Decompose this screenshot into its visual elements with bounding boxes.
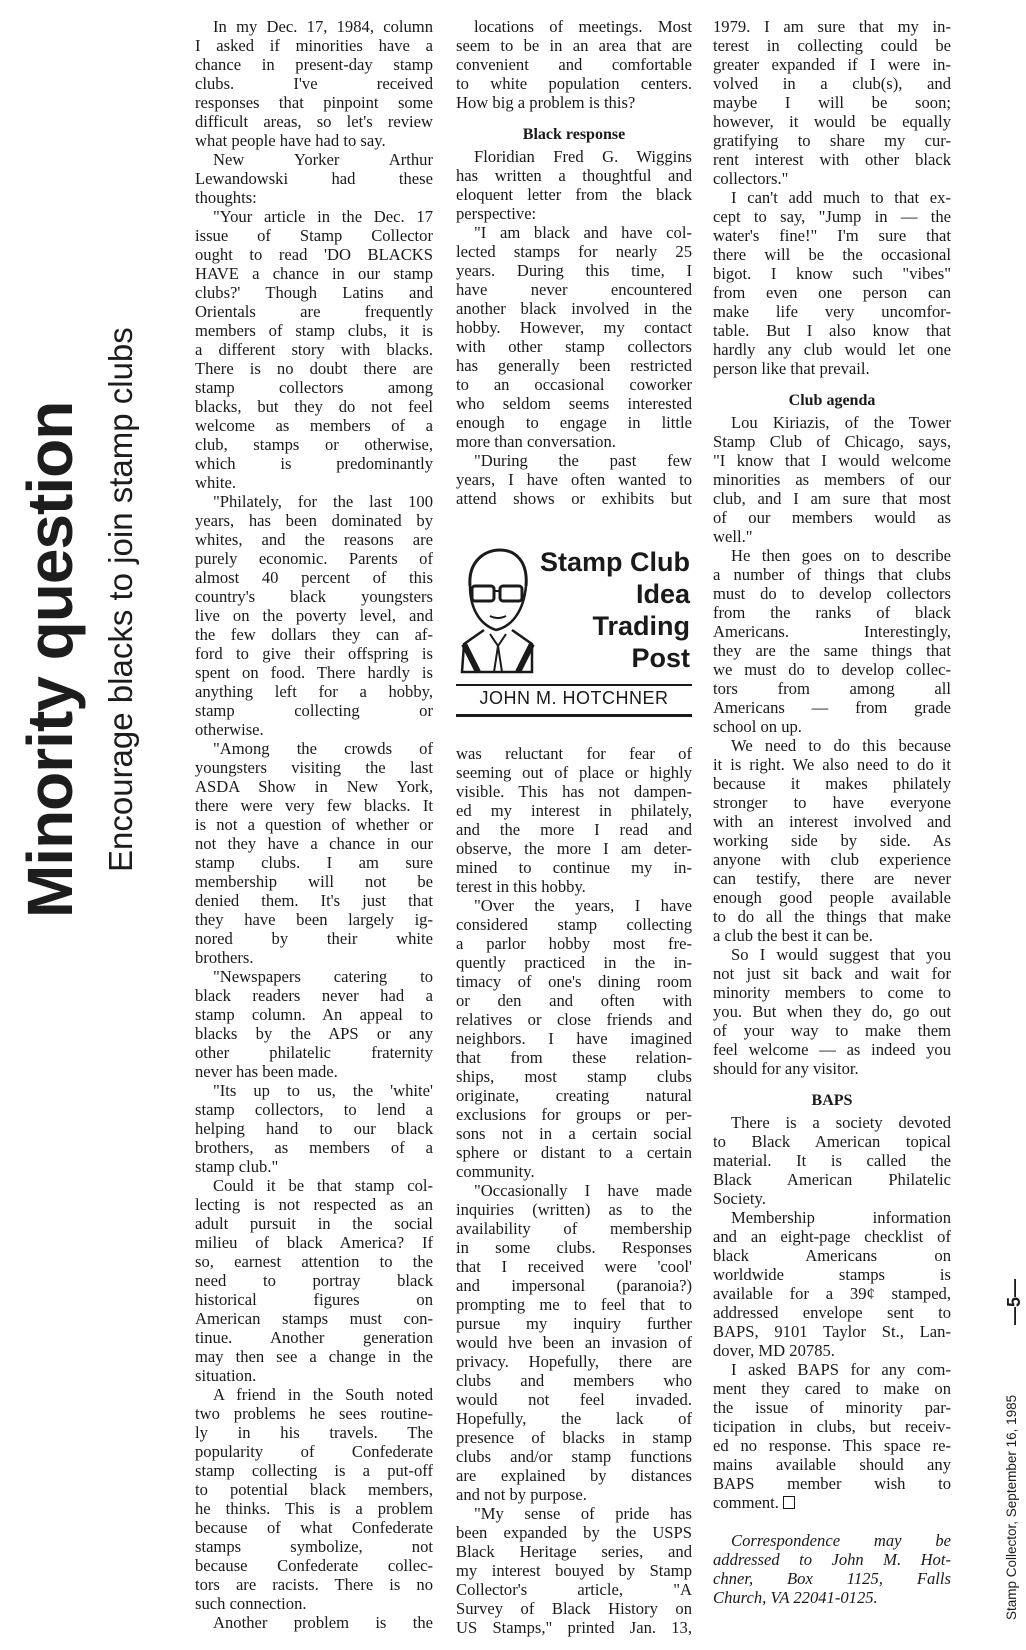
text-line: never has been made. [195,1062,433,1081]
text-line: of our members would as [713,508,951,527]
text-line: we must do to develop collec- [713,660,951,679]
text-line: chner, Box 1125, Falls [713,1569,951,1588]
text-line: difficult areas, so let's review [195,112,433,131]
text-line: because Confederate collec- [195,1556,433,1575]
text-line: club, stamps or otherwise, [195,435,433,454]
text-line: locations of meetings. Most [456,17,692,36]
text-line: Survey of Black History on [456,1599,692,1618]
text-line: whites, and the reasons are [195,530,433,549]
text-line: membership will not be [195,872,433,891]
text-line: chance in present-day stamp [195,55,433,74]
text-line: Stamp Club of Chicago, says, [713,432,951,451]
text-line: A friend in the South noted [195,1385,433,1404]
text-line: spent on food. There hardly is [195,663,433,682]
text-line: "Among the crowds of [195,739,433,758]
text-line: stamp collectors, to lend a [195,1100,433,1119]
text-line: stamp column. An appeal to [195,1005,433,1024]
text-line: American stamps must con- [195,1309,433,1328]
text-line: He then goes on to describe [713,546,951,565]
author-portrait-icon [456,546,538,678]
text-line: "Your article in the Dec. 17 [195,207,433,226]
text-line: stamps symbolize, not [195,1537,433,1556]
text-line: lecting is not respected as an [195,1195,433,1214]
text-line: We need to do this because [713,736,951,755]
text-line: stamp clubs. I am sure [195,853,433,872]
text-line: Membership information [713,1208,951,1227]
text-line: presence of blacks in stamp [456,1428,692,1447]
text-line: enough to engage in little [456,413,692,432]
text-line: with other stamp collectors [456,337,692,356]
text-line: I asked if minorities have a [195,36,433,55]
text-line: mined to continue my in- [456,858,692,877]
text-line: which is predominantly [195,454,433,473]
text-line: blacks, but they do not feel [195,397,433,416]
text-line: blacks by the APS or any [195,1024,433,1043]
text-line: feel welcome — as indeed you [713,1040,951,1059]
text-line: years. During this time, I [456,261,692,280]
text-line: bigot. I know such "vibes" [713,264,951,283]
text-line: HAVE a chance in our stamp [195,264,433,283]
text-line: observe, the more I am deter- [456,839,692,858]
text-line: to an occasional coworker [456,375,692,394]
text-line: collectors." [713,169,951,188]
text-line: water's fine!" I'm sure that [713,226,951,245]
text-line: issue of Stamp Collector [195,226,433,245]
text-line: school on up. [713,717,951,736]
text-line: white. [195,473,433,492]
col3-top-text: 1979. I am sure that my in-terest in col… [713,17,951,378]
text-line: tors are racists. There is no [195,1575,433,1594]
text-line: of your way to make them [713,1021,951,1040]
col2-top-text: locations of meetings. Mostseem to be in… [456,17,692,112]
text-line: make life very uncomfor- [713,302,951,321]
text-line: responses that pinpoint some [195,93,433,112]
text-line: How big a problem is this? [456,93,692,112]
text-line: and impersonal (paranoia?) [456,1276,692,1295]
text-line: convenient and comfortable [456,55,692,74]
text-line: brothers. [195,948,433,967]
text-line: "Occasionally I have made [456,1181,692,1200]
article-column-3: 1979. I am sure that my in-terest in col… [713,17,951,1607]
text-line: Lou Kiriazis, of the Tower [713,413,951,432]
text-line: other philatelic fraternity [195,1043,433,1062]
text-line: ticipation in clubs, but receiv- [713,1417,951,1436]
text-line: There is a society devoted [713,1113,951,1132]
text-line: clubs and members who [456,1371,692,1390]
publication-folio: Stamp Collector, September 16, 1985 [1004,1395,1019,1620]
text-line: Church, VA 22041-0125. [713,1588,951,1607]
text-line: it is right. We also need to do it [713,755,951,774]
text-line: a number of things that clubs [713,565,951,584]
text-line: would not feel invaded. [456,1390,692,1409]
headline-subtitle: Encourage blacks to join stamp clubs [104,327,137,872]
text-line: can testify, there are never [713,869,951,888]
text-line: country's black youngsters [195,587,433,606]
text-line: nored by their white [195,929,433,948]
text-line: available for a 39¢ stamped, [713,1284,951,1303]
text-line: "Its up to us, the 'white' [195,1081,433,1100]
text-line: stamp collecting is a put-off [195,1461,433,1480]
text-line: sons not in a certain social [456,1124,692,1143]
text-line: volved in a club(s), and [713,74,951,93]
text-line: or den and often with [456,991,692,1010]
text-line: seem to be in an area that are [456,36,692,55]
text-line: eloquent letter from the black [456,185,692,204]
text-line: would hve been an invasion of [456,1333,692,1352]
text-line: worldwide stamps is [713,1265,951,1284]
text-line: a parlor hobby most fre- [456,934,692,953]
text-line: thoughts: [195,188,433,207]
text-line: availability of membership [456,1219,692,1238]
text-line: quently practiced in the in- [456,953,692,972]
page-number: —5— [1004,1279,1025,1325]
text-line: popularity of Confederate [195,1442,433,1461]
text-line: the issue of minority par- [713,1398,951,1417]
headline-title: Minority question [18,402,82,918]
text-line: tors from among all [713,679,951,698]
text-line: exclusions for groups or per- [456,1105,692,1124]
byline: JOHN M. HOTCHNER [456,689,692,708]
text-line: more than conversation. [456,432,692,451]
subhead-club-agenda: Club agenda [713,391,951,410]
text-line: and not by purpose. [456,1485,692,1504]
text-line: originate, creating natural [456,1086,692,1105]
text-line: and an eight-page checklist of [713,1227,951,1246]
logo-line: Trading [540,610,690,642]
text-line: clubs?' Though Latins and [195,283,433,302]
text-line: stamp collecting or [195,701,433,720]
text-line: they have been largely ig- [195,910,433,929]
text-line: helping hand to our black [195,1119,433,1138]
text-line: a club the best it can be. [713,926,951,945]
text-line: that I received were 'cool' [456,1257,692,1276]
text-line: ought to read 'DO BLACKS [195,245,433,264]
text-line: have never encountered [456,280,692,299]
text-line: US Stamps," printed Jan. 13, [456,1618,692,1637]
text-line: In my Dec. 17, 1984, column [195,17,433,36]
text-line: cept to say, "Jump in — the [713,207,951,226]
column-logo-title: Stamp Club Idea Trading Post [540,546,690,674]
text-line: "I know that I would welcome [713,451,951,470]
text-line: not they have a chance in our [195,834,433,853]
text-line: considered stamp collecting [456,915,692,934]
text-line: addressed envelope sent to [713,1303,951,1322]
text-line: Black Heritage series, and [456,1542,692,1561]
correspondence-note: Correspondence may beaddressed to John M… [713,1531,951,1607]
text-line: So I would suggest that you [713,945,951,964]
text-line: Hopefully, the lack of [456,1409,692,1428]
text-line: Floridian Fred G. Wiggins [456,147,692,166]
text-line: members of stamp clubs, it is [195,321,433,340]
text-line: mains available should any [713,1455,951,1474]
text-line: ed my interest in philately, [456,801,692,820]
text-line: situation. [195,1366,433,1385]
headline-block: Minority question Encourage blacks to jo… [0,0,180,1650]
text-line: well." [713,527,951,546]
text-line: clubs and/or stamp functions [456,1447,692,1466]
text-line: such connection. [195,1594,433,1613]
text-line: seeming out of place or highly [456,763,692,782]
text-line: inquiries (written) as to the [456,1200,692,1219]
text-line: I asked BAPS for any com- [713,1360,951,1379]
text-line: terest in this hobby. [456,877,692,896]
text-line: purely economic. Parents of [195,549,433,568]
text-line: enough good people available [713,888,951,907]
text-line: table. But I also know that [713,321,951,340]
text-line: because of what Confederate [195,1518,433,1537]
text-line: visible. This has not dampen- [456,782,692,801]
text-line: 1979. I am sure that my in- [713,17,951,36]
subhead-baps: BAPS [713,1091,951,1110]
text-line: to white population centers. [456,74,692,93]
text-line: minority members to come to [713,983,951,1002]
text-line: brothers, as members of a [195,1138,433,1157]
text-line: may then see a change in the [195,1347,433,1366]
text-line: need to portray black [195,1271,433,1290]
text-line: years, has been dominated by [195,511,433,530]
text-line: and the more I read and [456,820,692,839]
text-line: has generally been restricted [456,356,692,375]
text-line: perspective: [456,204,692,223]
text-line: in some clubs. Responses [456,1238,692,1257]
text-line: denied them. It's just that [195,891,433,910]
text-line: milieu of black America? If [195,1233,433,1252]
text-line: anyone with club experience [713,850,951,869]
text-line: ly in his travels. The [195,1423,433,1442]
text-line: "Newspapers catering to [195,967,433,986]
text-line: you. But when they do, go out [713,1002,951,1021]
divider [456,714,692,717]
logo-line: Idea [540,578,690,610]
text-line: hobby. However, my contact [456,318,692,337]
col2-mid-text: Floridian Fred G. Wigginshas written a t… [456,147,692,508]
text-line: person like that prevail. [713,359,951,378]
text-line: should for any visitor. [713,1059,951,1078]
text-line: anything left for a hobby, [195,682,433,701]
text-line: my interest bouyed by Stamp [456,1561,692,1580]
text-line: historical figures on [195,1290,433,1309]
text-line: almost 40 percent of this [195,568,433,587]
text-line: dover, MD 20785. [713,1341,951,1360]
divider [456,684,692,686]
text-line: two problems he sees routine- [195,1404,433,1423]
text-line: to do all the things that make [713,907,951,926]
text-line: BAPS, 9101 Taylor St., Lan- [713,1322,951,1341]
end-of-story-icon [783,1496,795,1509]
text-line: who seldom seems interested [456,394,692,413]
text-line: gratifying to share my cur- [713,131,951,150]
text-line: prompting me to feel that to [456,1295,692,1314]
text-line: because it makes philately [713,774,951,793]
text-line: rent interest with other black [713,150,951,169]
text-line: black readers never had a [195,986,433,1005]
text-line: Another problem is the [195,1613,433,1632]
text-line: stronger to have everyone [713,793,951,812]
text-line: there were very few blacks. It [195,796,433,815]
text-line: tinue. Another generation [195,1328,433,1347]
text-line: Americans — from grade [713,698,951,717]
text-line: ment they cared to make on [713,1379,951,1398]
text-line: the few dollars they can af- [195,625,433,644]
text-line: pursue my inquiry further [456,1314,692,1333]
text-line: club, and I am sure that most [713,489,951,508]
text-line: minorities as members of our [713,470,951,489]
text-line: with an interest involved and [713,812,951,831]
text-line: comment. [713,1493,951,1512]
text-line: New Yorker Arthur [195,150,433,169]
text-line: are explained by distances [456,1466,692,1485]
text-line: community. [456,1162,692,1181]
text-line: from the ranks of black [713,603,951,622]
text-line: Orientals are frequently [195,302,433,321]
col2-bottom-text: was reluctant for fear ofseeming out of … [456,744,692,1637]
text-line: "Philately, for the last 100 [195,492,433,511]
text-line: timacy of one's dining room [456,972,692,991]
text-line: "During the past few [456,451,692,470]
text-line: he thinks. This is a problem [195,1499,433,1518]
logo-line: Post [540,642,690,674]
text-line: black Americans on [713,1246,951,1265]
text-line: they are the same things that [713,641,951,660]
text-line: otherwise. [195,720,433,739]
article-column-1: In my Dec. 17, 1984, columnI asked if mi… [195,17,433,1632]
subhead-black-response: Black response [456,125,692,144]
logo-line: Stamp Club [540,546,690,578]
spacer [713,1512,951,1531]
text-line: however, it would be equally [713,112,951,131]
text-line: was reluctant for fear of [456,744,692,763]
text-line: clubs. I've received [195,74,433,93]
text-line: "My sense of pride has [456,1504,692,1523]
text-line: terest in collecting could be [713,36,951,55]
text-line: addressed to John M. Hot- [713,1550,951,1569]
text-line: There is no doubt there are [195,359,433,378]
text-line: adult pursuit in the social [195,1214,433,1233]
text-line: ford to give their offspring is [195,644,433,663]
text-line: attend shows or exhibits but [456,489,692,508]
text-line: ships, most stamp clubs [456,1067,692,1086]
text-line: Collector's article, "A [456,1580,692,1599]
text-line: to potential black members, [195,1480,433,1499]
text-line: stamp club." [195,1157,433,1176]
text-line: I can't add much to that ex- [713,188,951,207]
text-line: Correspondence may be [713,1531,951,1550]
text-line: Americans. Interestingly, [713,622,951,641]
text-line: has written a thoughtful and [456,166,692,185]
text-line: BAPS member wish to [713,1474,951,1493]
col3-mid-text: Lou Kiriazis, of the TowerStamp Club of … [713,413,951,1078]
text-line: live on the poverty level, and [195,606,433,625]
text-line: material. It is called the [713,1151,951,1170]
text-line: Could it be that stamp col- [195,1176,433,1195]
text-line: lected stamps for nearly 25 [456,242,692,261]
text-line: what people have had to say. [195,131,433,150]
text-line: welcome as members of a [195,416,433,435]
text-line: ASDA Show in New York, [195,777,433,796]
text-line: Society. [713,1189,951,1208]
text-line: years, I have often wanted to [456,470,692,489]
text-line: neighbors. I have imagined [456,1029,692,1048]
text-line: maybe I will be soon; [713,93,951,112]
text-line: so, earnest attention to the [195,1252,433,1271]
text-line: "Over the years, I have [456,896,692,915]
text-line: to Black American topical [713,1132,951,1151]
text-line: greater expanded if I were in- [713,55,951,74]
text-line: that from these relation- [456,1048,692,1067]
text-line: "I am black and have col- [456,223,692,242]
text-line: another black involved in the [456,299,692,318]
article-column-2: locations of meetings. Mostseem to be in… [456,17,692,1637]
text-line: stamp collectors among [195,378,433,397]
text-line: working side by side. As [713,831,951,850]
text-line: is not a question of whether or [195,815,433,834]
text-line: privacy. Hopefully, there are [456,1352,692,1371]
text-line: not just sit back and wait for [713,964,951,983]
text-line: sphere or distant to a certain [456,1143,692,1162]
text-line: relatives or close friends and [456,1010,692,1029]
text-line: hardly any club would let one [713,340,951,359]
text-line: from even one person can [713,283,951,302]
text-line: been expanded by the USPS [456,1523,692,1542]
column-logo: Stamp Club Idea Trading Post JOHN M. HOT… [456,546,692,736]
text-line: youngsters visiting the last [195,758,433,777]
text-line: a different story with blacks. [195,340,433,359]
text-line: ed no response. This space re- [713,1436,951,1455]
text-line: must do to develop collectors [713,584,951,603]
text-line: Black American Philatelic [713,1170,951,1189]
text-line: there will be the occasional [713,245,951,264]
col3-bottom-text: There is a society devotedto Black Ameri… [713,1113,951,1512]
text-line: Lewandowski had these [195,169,433,188]
